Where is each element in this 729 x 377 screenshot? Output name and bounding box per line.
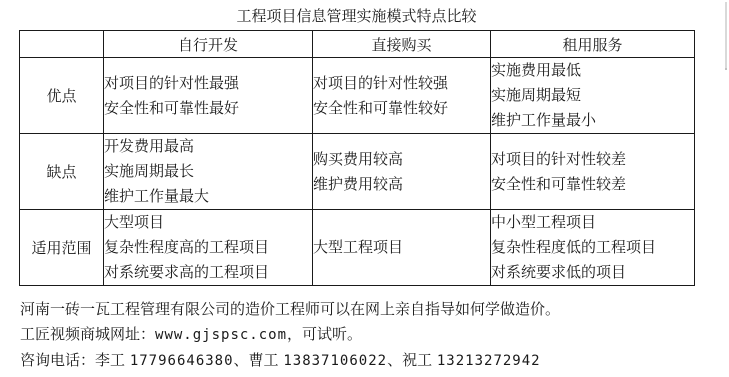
- footer-line-website: 工匠视频商城网址：www.gjspsc.com，可试听。: [20, 322, 720, 348]
- contact-name: 曹工: [249, 351, 279, 369]
- contact-name: 祝工: [402, 351, 432, 369]
- header-cell-self-develop: 自行开发: [104, 31, 313, 58]
- cell-text: 中小型工程项目 复杂性程度低的工程项目 对系统要求低的项目: [491, 210, 694, 285]
- footer-line-company: 河南一砖一瓦工程管理有限公司的造价工程师可以在网上亲自指导如何学做造价。: [20, 297, 720, 322]
- contact-name: 李工: [95, 351, 125, 369]
- cell-disadvantages-direct-purchase: 购买费用较高 维护费用较高: [313, 134, 491, 210]
- page: 工程项目信息管理实施模式特点比较 自行开发 直接购买 租用服务 优点 对项目的针…: [0, 0, 729, 377]
- phone-number: 13213272942: [437, 353, 541, 369]
- cell-text: 购买费用较高 维护费用较高: [313, 147, 490, 197]
- cell-disadvantages-rent-service: 对项目的针对性较差 安全性和可靠性较差: [491, 134, 695, 210]
- table-row-disadvantages: 缺点 开发费用最高 实施周期最长 维护工作量最大 购买费用较高 维护费用较高 对…: [20, 134, 695, 210]
- website-suffix: ，可试听。: [287, 325, 362, 343]
- cell-scope-rent-service: 中小型工程项目 复杂性程度低的工程项目 对系统要求低的项目: [491, 210, 695, 286]
- cell-disadvantages-self-develop: 开发费用最高 实施周期最长 维护工作量最大: [104, 134, 313, 210]
- cell-text: 开发费用最高 实施周期最长 维护工作量最大: [104, 134, 312, 209]
- row-label-disadvantages: 缺点: [20, 134, 104, 210]
- header-cell-direct-purchase: 直接购买: [313, 31, 491, 58]
- comparison-table: 自行开发 直接购买 租用服务 优点 对项目的针对性最强 安全性和可靠性最好 对项…: [19, 30, 695, 286]
- scrollbar-fragment: [725, 2, 727, 70]
- cell-advantages-direct-purchase: 对项目的针对性较强 安全性和可靠性较好: [313, 58, 491, 134]
- cell-advantages-rent-service: 实施费用最低 实施周期最短 维护工作量最小: [491, 58, 695, 134]
- row-label-advantages: 优点: [20, 58, 104, 134]
- website-url: www.gjspsc.com: [155, 327, 287, 343]
- cell-text: 大型项目 复杂性程度高的工程项目 对系统要求高的工程项目: [104, 210, 312, 285]
- phones-label: 咨询电话：: [20, 351, 95, 369]
- header-row: 自行开发 直接购买 租用服务: [20, 31, 695, 58]
- cell-advantages-self-develop: 对项目的针对性最强 安全性和可靠性最好: [104, 58, 313, 134]
- phone-number: 13837106022: [283, 353, 387, 369]
- table-row-applicable-scope: 适用范围 大型项目 复杂性程度高的工程项目 对系统要求高的工程项目 大型工程项目…: [20, 210, 695, 286]
- footer: 河南一砖一瓦工程管理有限公司的造价工程师可以在网上亲自指导如何学做造价。 工匠视…: [20, 297, 720, 374]
- cell-text: 对项目的针对性最强 安全性和可靠性最好: [104, 71, 312, 121]
- page-title: 工程项目信息管理实施模式特点比较: [19, 6, 694, 26]
- cell-text: 对项目的针对性较差 安全性和可靠性较差: [491, 147, 694, 197]
- header-cell-empty: [20, 31, 104, 58]
- cell-text: 实施费用最低 实施周期最短 维护工作量最小: [491, 58, 694, 133]
- cell-scope-self-develop: 大型项目 复杂性程度高的工程项目 对系统要求高的工程项目: [104, 210, 313, 286]
- row-label-applicable-scope: 适用范围: [20, 210, 104, 286]
- header-cell-rent-service: 租用服务: [491, 31, 695, 58]
- cell-text: 大型工程项目: [313, 235, 490, 260]
- cell-scope-direct-purchase: 大型工程项目: [313, 210, 491, 286]
- phone-number: 17796646380: [130, 353, 234, 369]
- table-row-advantages: 优点 对项目的针对性最强 安全性和可靠性最好 对项目的针对性较强 安全性和可靠性…: [20, 58, 695, 134]
- cell-text: 对项目的针对性较强 安全性和可靠性较好: [313, 71, 490, 121]
- footer-line-phones: 咨询电话：李工 17796646380、曹工 13837106022、祝工 13…: [20, 348, 720, 374]
- contact-separator: 、: [234, 351, 249, 369]
- website-label: 工匠视频商城网址：: [20, 325, 155, 343]
- contact-separator: 、: [387, 351, 402, 369]
